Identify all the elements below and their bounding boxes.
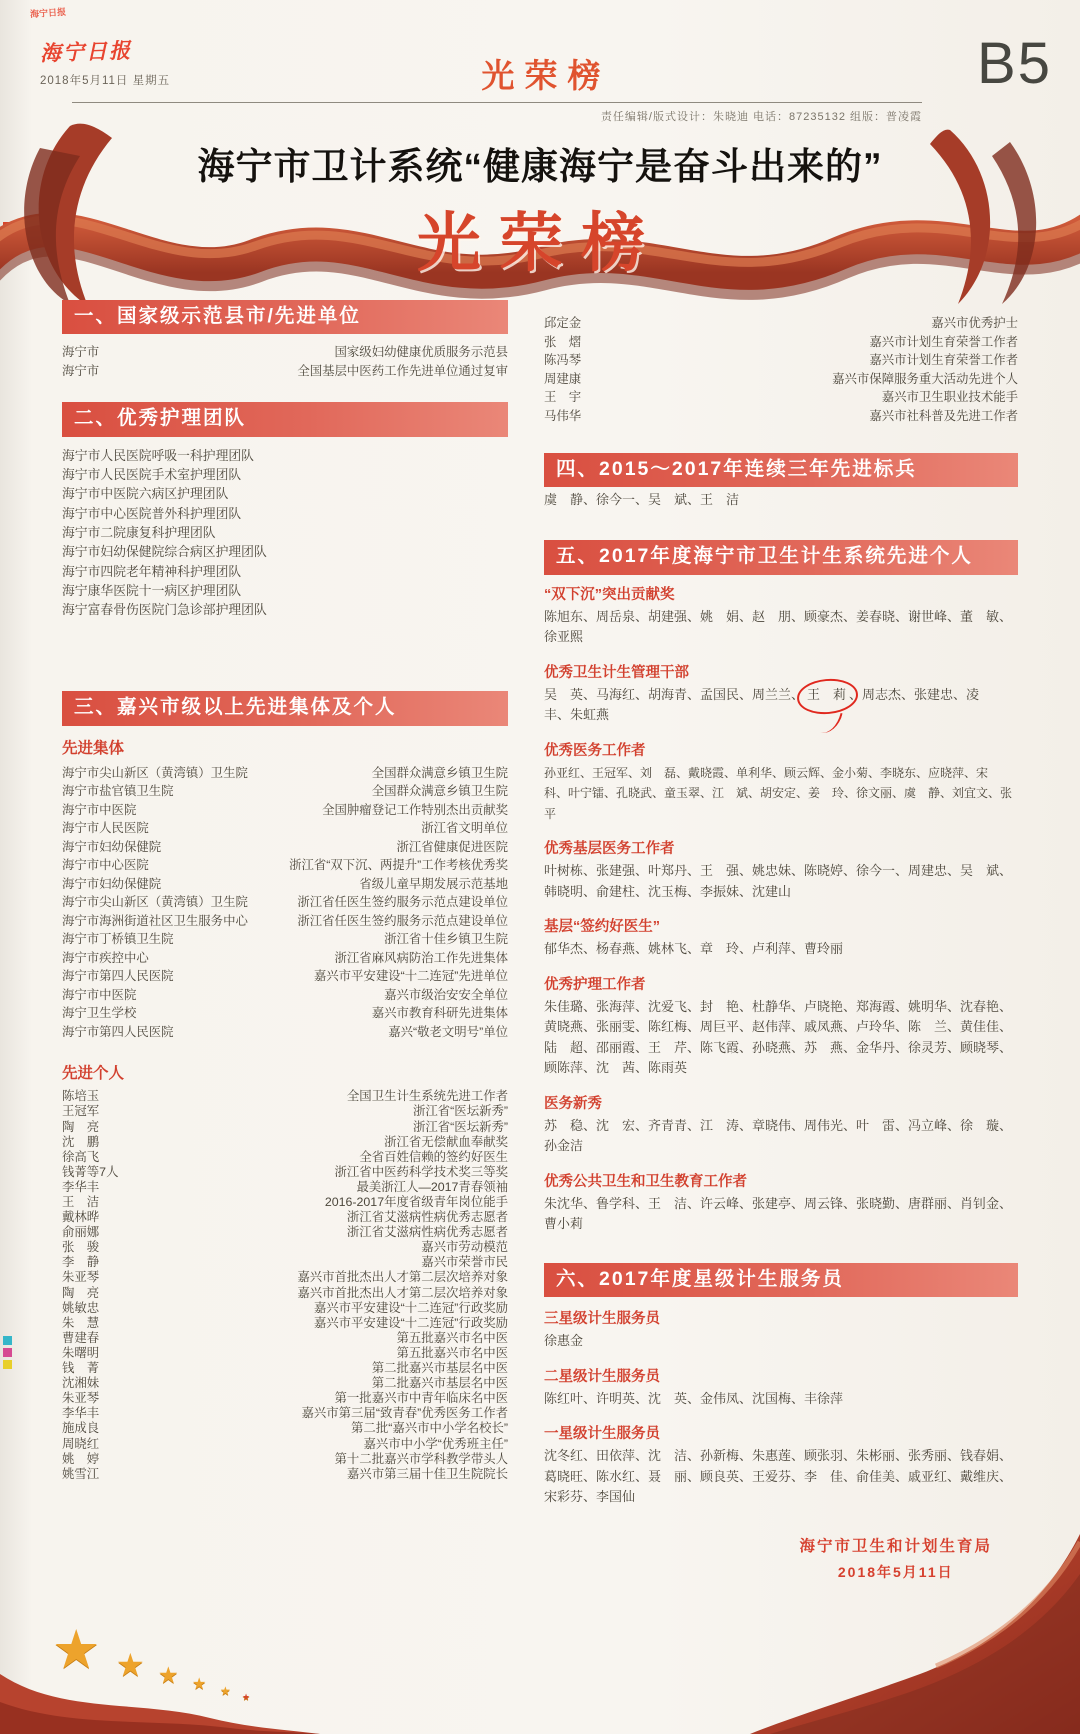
awardee-name: 李华丰 (62, 1406, 99, 1421)
group-names: 朱沈华、鲁学科、王 洁、许云峰、张建亭、周云锋、张晓勤、唐群丽、肖钊金、曹小莉 (544, 1194, 1018, 1235)
circled-name: 王 莉 (807, 687, 846, 702)
group-names: 吴 英、马海红、胡海青、孟国民、周兰兰、王 莉、周志杰、张建忠、凌 丰、朱虹燕 (544, 685, 1018, 726)
awardee-name: 海宁市人民医院 (62, 819, 149, 838)
award-title: 嘉兴市第三届十佳卫生院院长 (109, 1467, 508, 1482)
award-row: 姚 婷 第十二批嘉兴市学科教学带头人 (62, 1452, 508, 1467)
award-title: 嘉兴市劳动模范 (109, 1240, 508, 1255)
award-title: 第二批“嘉兴市中小学名校长” (109, 1421, 508, 1436)
award-title: 嘉兴市计划生育荣誉工作者 (591, 351, 1018, 370)
awardee-name: 李华丰 (62, 1180, 99, 1195)
award-title: 全国群众满意乡镇卫生院 (184, 782, 508, 801)
group-shuangxiachen: “双下沉”突出贡献奖 陈旭东、周岳泉、胡建强、姚 娟、赵 朋、顾豪杰、姜春晓、谢… (544, 583, 1018, 648)
award-title: 嘉兴市社科普及先进工作者 (591, 407, 1018, 426)
subhead-individuals: 先进个人 (62, 1061, 508, 1083)
award-title: 第二批嘉兴市基层名中医 (109, 1376, 508, 1391)
award-row: 王冠军 浙江省“医坛新秀” (62, 1104, 508, 1119)
award-title: 全国群众满意乡镇卫生院 (258, 764, 508, 783)
awardee-name: 徐高飞 (62, 1150, 99, 1165)
group-management-cadres: 优秀卫生计生管理干部 吴 英、马海红、胡海青、孟国民、周兰兰、王 莉、周志杰、张… (544, 661, 1018, 726)
award-row: 戴林晔 浙江省艾滋病性病优秀志愿者 (62, 1210, 508, 1225)
awardee-name: 海宁市 (62, 362, 99, 381)
awardee-name: 邱定金 (544, 314, 581, 333)
award-title: 浙江省无偿献血奉献奖 (109, 1135, 508, 1150)
award-row: 海宁市尖山新区（黄湾镇）卫生院 全国群众满意乡镇卫生院 (62, 764, 508, 783)
team-name: 海宁市人民医院手术室护理团队 (62, 465, 508, 484)
section-heading-1: 一、国家级示范县市/先进单位 (62, 300, 508, 334)
awardee-name: 海宁市盐官镇卫生院 (62, 782, 174, 801)
award-title: 嘉兴市保障服务重大活动先进个人 (591, 370, 1018, 389)
group-names: 朱佳璐、张海萍、沈爱飞、封 艳、杜静华、卢晓艳、郑海霞、姚明华、沈春艳、黄晓燕、… (544, 997, 1018, 1079)
awardee-name: 陈冯琴 (544, 351, 581, 370)
awardee-name: 朱曙明 (62, 1346, 99, 1361)
awardee-name: 姚敏忠 (62, 1301, 99, 1316)
award-title: 第二批嘉兴市基层名中医 (109, 1361, 508, 1376)
award-row: 施成良 第二批“嘉兴市中小学名校长” (62, 1421, 508, 1436)
banner-title: 光荣榜 (0, 192, 1080, 284)
award-row: 朱亚琴 第一批嘉兴市中青年临床名中医 (62, 1391, 508, 1406)
awardee-name: 周建康 (544, 370, 581, 389)
title-banner: 海宁市卫计系统“健康海宁是奋斗出来的” 光荣榜 (0, 108, 1080, 308)
section-heading-2: 二、优秀护理团队 (62, 402, 508, 436)
award-row: 徐高飞 全省百姓信赖的签约好医生 (62, 1150, 508, 1165)
group-names: 孙亚红、王冠军、刘 磊、戴晓霞、单利华、顾云辉、金小菊、李晓东、应晓萍、宋 科、… (544, 763, 1018, 825)
award-title: 嘉兴市第三届“致青春”优秀医务工作者 (109, 1406, 508, 1421)
section-heading-4: 四、2015～2017年连续三年先进标兵 (544, 453, 1018, 487)
awardee-name: 海宁市中医院 (62, 801, 136, 820)
award-row: 马伟华 嘉兴市社科普及先进工作者 (544, 407, 1018, 426)
award-row: 海宁市第四人民医院 嘉兴市平安建设“十二连冠”先进单位 (62, 967, 508, 986)
collective-rows: 海宁市尖山新区（黄湾镇）卫生院 全国群众满意乡镇卫生院 海宁市盐官镇卫生院 全国… (62, 764, 508, 1042)
awardee-name: 海宁市中医院 (62, 986, 136, 1005)
section-heading-3: 三、嘉兴市级以上先进集体及个人 (62, 691, 508, 725)
award-title: 浙江省艾滋病性病优秀志愿者 (109, 1225, 508, 1240)
award-row: 海宁市第四人民医院 嘉兴“敬老文明号”单位 (62, 1023, 508, 1042)
award-title: 国家级妇幼健康优质服务示范县 (109, 343, 508, 362)
group-medical-workers: 优秀医务工作者 孙亚红、王冠军、刘 磊、戴晓霞、单利华、顾云辉、金小菊、李晓东、… (544, 739, 1018, 825)
award-title: 浙江省“双下沉、两提升”工作考核优秀奖 (159, 856, 508, 875)
award-title: 浙江省任医生签约服务示范点建设单位 (258, 893, 508, 912)
awardee-name: 姚 婷 (62, 1452, 99, 1467)
award-row: 海宁市中心医院 浙江省“双下沉、两提升”工作考核优秀奖 (62, 856, 508, 875)
award-title: 浙江省“医坛新秀” (109, 1120, 508, 1135)
awardee-name: 王冠军 (62, 1104, 99, 1119)
section-4-names: 虞 静、徐今一、吴 斌、王 洁 (544, 489, 1018, 510)
award-row: 海宁市妇幼保健院 省级儿童早期发展示范基地 (62, 875, 508, 894)
award-title: 嘉兴市计划生育荣誉工作者 (591, 333, 1018, 352)
award-row: 王 宇 嘉兴市卫生职业技术能手 (544, 388, 1018, 407)
right-column: 邱定金 嘉兴市优秀护士 张 熠 嘉兴市计划生育荣誉工作者 陈冯琴 嘉兴市计划生育… (544, 300, 1018, 1582)
awardee-name: 马伟华 (544, 407, 581, 426)
award-row: 朱曙明 第五批嘉兴市名中医 (62, 1346, 508, 1361)
award-row: 张 熠 嘉兴市计划生育荣誉工作者 (544, 333, 1018, 352)
awardee-name: 王 宇 (544, 388, 581, 407)
banner-subtitle: 海宁市卫计系统“健康海宁是奋斗出来的” (0, 136, 1080, 190)
section-2-list: 海宁市人民医院呼吸一科护理团队 海宁市人民医院手术室护理团队 海宁市中医院六病区… (62, 446, 508, 620)
award-title: 嘉兴市首批杰出人才第二层次培养对象 (109, 1270, 508, 1285)
awardee-name: 海宁市疾控中心 (62, 949, 149, 968)
award-row: 姚敏忠 嘉兴市平安建设“十二连冠”行政奖励 (62, 1301, 508, 1316)
awardee-name: 海宁市丁桥镇卫生院 (62, 930, 174, 949)
page-section-title: 光荣榜 (40, 50, 1052, 97)
award-title: 嘉兴市教育科研先进集体 (146, 1004, 508, 1023)
award-row: 海宁市 国家级妇幼健康优质服务示范县 (62, 343, 508, 362)
team-name: 海宁市妇幼保健院综合病区护理团队 (62, 542, 508, 561)
award-row: 海宁市 全国基层中医药工作先进单位通过复审 (62, 362, 508, 381)
awardee-name: 李 静 (62, 1255, 99, 1270)
awardee-name: 海宁市妇幼保健院 (62, 838, 161, 857)
awardee-name: 海宁市 (62, 343, 99, 362)
group-names: 叶树栋、张建强、叶郑丹、王 强、姚忠妹、陈晓婷、徐今一、周建忠、吴 斌、韩晓明、… (544, 861, 1018, 902)
group-subhead: 基层“签约好医生” (544, 915, 1018, 936)
award-title: 嘉兴市平安建设“十二连冠”先进单位 (184, 967, 508, 986)
awardee-name: 海宁卫生学校 (62, 1004, 136, 1023)
awardee-name: 陶 亮 (62, 1120, 99, 1135)
newspaper-page: 海宁日报 海宁日报 2018年5月11日 星期五 光荣榜 B5 责任编辑/版式设… (0, 0, 1080, 1734)
award-title: 2016-2017年度省级青年岗位能手 (109, 1195, 508, 1210)
award-title: 全国基层中医药工作先进单位通过复审 (109, 362, 508, 381)
award-row: 王 洁 2016-2017年度省级青年岗位能手 (62, 1195, 508, 1210)
group-three-star: 三星级计生服务员 徐惠金 (544, 1307, 1018, 1352)
corner-logo-stamp: 海宁日报 (30, 5, 67, 20)
award-title: 浙江省十佳乡镇卫生院 (184, 930, 508, 949)
award-row: 海宁市丁桥镇卫生院 浙江省十佳乡镇卫生院 (62, 930, 508, 949)
section-1-rows: 海宁市 国家级妇幼健康优质服务示范县 海宁市 全国基层中医药工作先进单位通过复审 (62, 343, 508, 380)
award-title: 浙江省麻风病防治工作先进集体 (159, 949, 508, 968)
team-name: 海宁市人民医院呼吸一科护理团队 (62, 446, 508, 465)
group-names: 郁华杰、杨春燕、姚林飞、章 玲、卢利萍、曹玲丽 (544, 939, 1018, 960)
award-title: 嘉兴“敬老文明号”单位 (184, 1023, 508, 1042)
award-row: 朱 慧 嘉兴市平安建设“十二连冠”行政奖励 (62, 1316, 508, 1331)
award-title: 第一批嘉兴市中青年临床名中医 (109, 1391, 508, 1406)
award-row: 俞丽娜 浙江省艾滋病性病优秀志愿者 (62, 1225, 508, 1240)
awardee-name: 海宁市中心医院 (62, 856, 149, 875)
bottom-left-ribbon (0, 1644, 320, 1734)
award-row: 海宁市妇幼保健院 浙江省健康促进医院 (62, 838, 508, 857)
award-title: 浙江省任医生签约服务示范点建设单位 (258, 912, 508, 931)
award-title: 嘉兴市平安建设“十二连冠”行政奖励 (109, 1316, 508, 1331)
group-nursing-workers: 优秀护理工作者 朱佳璐、张海萍、沈爱飞、封 艳、杜静华、卢晓艳、郑海霞、姚明华、… (544, 973, 1018, 1079)
group-subhead: 优秀基层医务工作者 (544, 837, 1018, 858)
award-row: 朱亚琴 嘉兴市首批杰出人才第二层次培养对象 (62, 1270, 508, 1285)
award-title: 全省百姓信赖的签约好医生 (109, 1150, 508, 1165)
award-row: 海宁市海洲街道社区卫生服务中心 浙江省任医生签约服务示范点建设单位 (62, 912, 508, 931)
group-names: 陈旭东、周岳泉、胡建强、姚 娟、赵 朋、顾豪杰、姜春晓、谢世峰、董 敏、徐亚熙 (544, 607, 1018, 648)
award-row: 李华丰 嘉兴市第三届“致青春”优秀医务工作者 (62, 1406, 508, 1421)
award-row: 海宁市中医院 全国肿瘤登记工作特别杰出贡献奖 (62, 801, 508, 820)
individual-rows: 陈培玉 全国卫生计生系统先进工作者 王冠军 浙江省“医坛新秀” 陶 亮 浙江省“… (62, 1089, 508, 1481)
group-names: 陈红叶、许明英、沈 英、金伟凤、沈国梅、丰徐萍 (544, 1389, 1018, 1410)
award-title: 嘉兴市中小学“优秀班主任” (109, 1437, 508, 1452)
award-row: 曹建春 第五批嘉兴市名中医 (62, 1331, 508, 1346)
awardee-name: 周晓红 (62, 1437, 99, 1452)
awardee-name: 王 洁 (62, 1195, 99, 1210)
award-row: 周晓红 嘉兴市中小学“优秀班主任” (62, 1437, 508, 1452)
awardee-name: 海宁市尖山新区（黄湾镇）卫生院 (62, 764, 248, 783)
group-contract-doctors: 基层“签约好医生” 郁华杰、杨春燕、姚林飞、章 玲、卢利萍、曹玲丽 (544, 915, 1018, 960)
awardee-name: 海宁市尖山新区（黄湾镇）卫生院 (62, 893, 248, 912)
award-row: 沈 鹏 浙江省无偿献血奉献奖 (62, 1135, 508, 1150)
awardee-name: 钱 菁 (62, 1361, 99, 1376)
award-row: 李 静 嘉兴市荣誉市民 (62, 1255, 508, 1270)
section-heading-5: 五、2017年度海宁市卫生计生系统先进个人 (544, 540, 1018, 574)
award-title: 浙江省艾滋病性病优秀志愿者 (109, 1210, 508, 1225)
awardee-name: 张 熠 (544, 333, 581, 352)
award-row: 陈培玉 全国卫生计生系统先进工作者 (62, 1089, 508, 1104)
award-title: 嘉兴市优秀护士 (591, 314, 1018, 333)
awardee-name: 海宁市第四人民医院 (62, 967, 174, 986)
awardee-name: 海宁市海洲街道社区卫生服务中心 (62, 912, 248, 931)
awardee-name: 施成良 (62, 1421, 99, 1436)
awardee-name: 沈 鹏 (62, 1135, 99, 1150)
header-rule (72, 102, 922, 103)
group-subhead: 二星级计生服务员 (544, 1365, 1018, 1386)
team-name: 海宁富春骨伤医院门急诊部护理团队 (62, 600, 508, 619)
awardee-name: 海宁市妇幼保健院 (62, 875, 161, 894)
award-title: 嘉兴市卫生职业技术能手 (591, 388, 1018, 407)
page-number: B5 (977, 30, 1052, 97)
awardee-name: 陶 亮 (62, 1286, 99, 1301)
group-names: 苏 稳、沈 宏、齐青青、江 涛、章晓伟、周伟光、叶 雷、冯立峰、徐 璇、孙金洁 (544, 1116, 1018, 1157)
group-names: 徐惠金 (544, 1331, 1018, 1352)
award-row: 姚雪江 嘉兴市第三届十佳卫生院院长 (62, 1467, 508, 1482)
award-title: 浙江省健康促进医院 (171, 838, 508, 857)
award-row: 陶 亮 嘉兴市首批杰出人才第二层次培养对象 (62, 1286, 508, 1301)
group-names: 沈冬红、田依萍、沈 洁、孙新梅、朱惠莲、顾张羽、朱彬丽、张秀丽、钱春娟、葛晓旺、… (544, 1446, 1018, 1508)
awardee-name: 朱亚琴 (62, 1270, 99, 1285)
print-registration-marks (3, 1336, 13, 1372)
group-subhead: 优秀护理工作者 (544, 973, 1018, 994)
awardee-name: 朱 慧 (62, 1316, 99, 1331)
award-title: 浙江省文明单位 (159, 819, 508, 838)
team-name: 海宁市中心医院普外科护理团队 (62, 504, 508, 523)
handwritten-circle-annotation: 王 莉 (804, 685, 849, 706)
awardee-name: 俞丽娜 (62, 1225, 99, 1240)
award-title: 最美浙江人—2017青春领袖 (109, 1180, 508, 1195)
bottom-right-ribbon (750, 1534, 1080, 1734)
awardee-name: 海宁市第四人民医院 (62, 1023, 174, 1042)
awardee-name: 陈培玉 (62, 1089, 99, 1104)
award-row: 邱定金 嘉兴市优秀护士 (544, 314, 1018, 333)
award-row: 海宁市盐官镇卫生院 全国群众满意乡镇卫生院 (62, 782, 508, 801)
group-subhead: 优秀卫生计生管理干部 (544, 661, 1018, 682)
award-title: 全国肿瘤登记工作特别杰出贡献奖 (146, 801, 508, 820)
award-row: 海宁市疾控中心 浙江省麻风病防治工作先进集体 (62, 949, 508, 968)
names-before-circle: 吴 英、马海红、胡海青、孟国民、周兰兰、 (544, 687, 804, 702)
award-row: 张 骏 嘉兴市劳动模范 (62, 1240, 508, 1255)
award-row: 海宁市尖山新区（黄湾镇）卫生院 浙江省任医生签约服务示范点建设单位 (62, 893, 508, 912)
left-column: 一、国家级示范县市/先进单位 海宁市 国家级妇幼健康优质服务示范县 海宁市 全国… (62, 300, 508, 1582)
team-name: 海宁康华医院十一病区护理团队 (62, 581, 508, 600)
award-title: 省级儿童早期发展示范基地 (171, 875, 508, 894)
content-columns: 一、国家级示范县市/先进单位 海宁市 国家级妇幼健康优质服务示范县 海宁市 全国… (62, 300, 1018, 1582)
team-name: 海宁市中医院六病区护理团队 (62, 484, 508, 503)
award-row: 陶 亮 浙江省“医坛新秀” (62, 1120, 508, 1135)
awardee-name: 姚雪江 (62, 1467, 99, 1482)
award-title: 浙江省“医坛新秀” (109, 1104, 508, 1119)
group-one-star: 一星级计生服务员 沈冬红、田依萍、沈 洁、孙新梅、朱惠莲、顾张羽、朱彬丽、张秀丽… (544, 1422, 1018, 1508)
awardee-name: 朱亚琴 (62, 1391, 99, 1406)
award-row: 海宁卫生学校 嘉兴市教育科研先进集体 (62, 1004, 508, 1023)
award-title: 嘉兴市平安建设“十二连冠”行政奖励 (109, 1301, 508, 1316)
awardee-name: 张 骏 (62, 1240, 99, 1255)
group-subhead: “双下沉”突出贡献奖 (544, 583, 1018, 604)
group-public-health-education: 优秀公共卫生和卫生教育工作者 朱沈华、鲁学科、王 洁、许云峰、张建亭、周云锋、张… (544, 1170, 1018, 1235)
group-grassroots-medical: 优秀基层医务工作者 叶树栋、张建强、叶郑丹、王 强、姚忠妹、陈晓婷、徐今一、周建… (544, 837, 1018, 902)
team-name: 海宁市二院康复科护理团队 (62, 523, 508, 542)
awardee-name: 戴林晔 (62, 1210, 99, 1225)
award-title: 第五批嘉兴市名中医 (109, 1346, 508, 1361)
individual-rows-continued: 邱定金 嘉兴市优秀护士 张 熠 嘉兴市计划生育荣誉工作者 陈冯琴 嘉兴市计划生育… (544, 314, 1018, 425)
award-title: 嘉兴市荣誉市民 (109, 1255, 508, 1270)
awardee-name: 钱菁等7人 (62, 1165, 118, 1180)
group-two-star: 二星级计生服务员 陈红叶、许明英、沈 英、金伟凤、沈国梅、丰徐萍 (544, 1365, 1018, 1410)
award-title: 浙江省中医药科学技术奖三等奖 (128, 1165, 508, 1180)
award-title: 嘉兴市首批杰出人才第二层次培养对象 (109, 1286, 508, 1301)
group-subhead: 优秀公共卫生和卫生教育工作者 (544, 1170, 1018, 1191)
award-row: 海宁市中医院 嘉兴市级治安安全单位 (62, 986, 508, 1005)
group-medical-rookies: 医务新秀 苏 稳、沈 宏、齐青青、江 涛、章晓伟、周伟光、叶 雷、冯立峰、徐 璇… (544, 1092, 1018, 1157)
awardee-name: 曹建春 (62, 1331, 99, 1346)
award-row: 周建康 嘉兴市保障服务重大活动先进个人 (544, 370, 1018, 389)
group-subhead: 优秀医务工作者 (544, 739, 1018, 760)
awardee-name: 沈湘妹 (62, 1376, 99, 1391)
award-row: 沈湘妹 第二批嘉兴市基层名中医 (62, 1376, 508, 1391)
award-row: 李华丰 最美浙江人—2017青春领袖 (62, 1180, 508, 1195)
award-row: 钱 菁 第二批嘉兴市基层名中医 (62, 1361, 508, 1376)
award-title: 第五批嘉兴市名中医 (109, 1331, 508, 1346)
award-row: 陈冯琴 嘉兴市计划生育荣誉工作者 (544, 351, 1018, 370)
subhead-collectives: 先进集体 (62, 736, 508, 758)
team-name: 海宁市四院老年精神科护理团队 (62, 562, 508, 581)
group-subhead: 医务新秀 (544, 1092, 1018, 1113)
award-title: 嘉兴市级治安安全单位 (146, 986, 508, 1005)
award-title: 全国卫生计生系统先进工作者 (109, 1089, 508, 1104)
award-title: 第十二批嘉兴市学科教学带头人 (109, 1452, 508, 1467)
award-row: 海宁市人民医院 浙江省文明单位 (62, 819, 508, 838)
group-subhead: 三星级计生服务员 (544, 1307, 1018, 1328)
award-row: 钱菁等7人 浙江省中医药科学技术奖三等奖 (62, 1165, 508, 1180)
section-heading-6: 六、2017年度星级计生服务员 (544, 1263, 1018, 1297)
group-subhead: 一星级计生服务员 (544, 1422, 1018, 1443)
